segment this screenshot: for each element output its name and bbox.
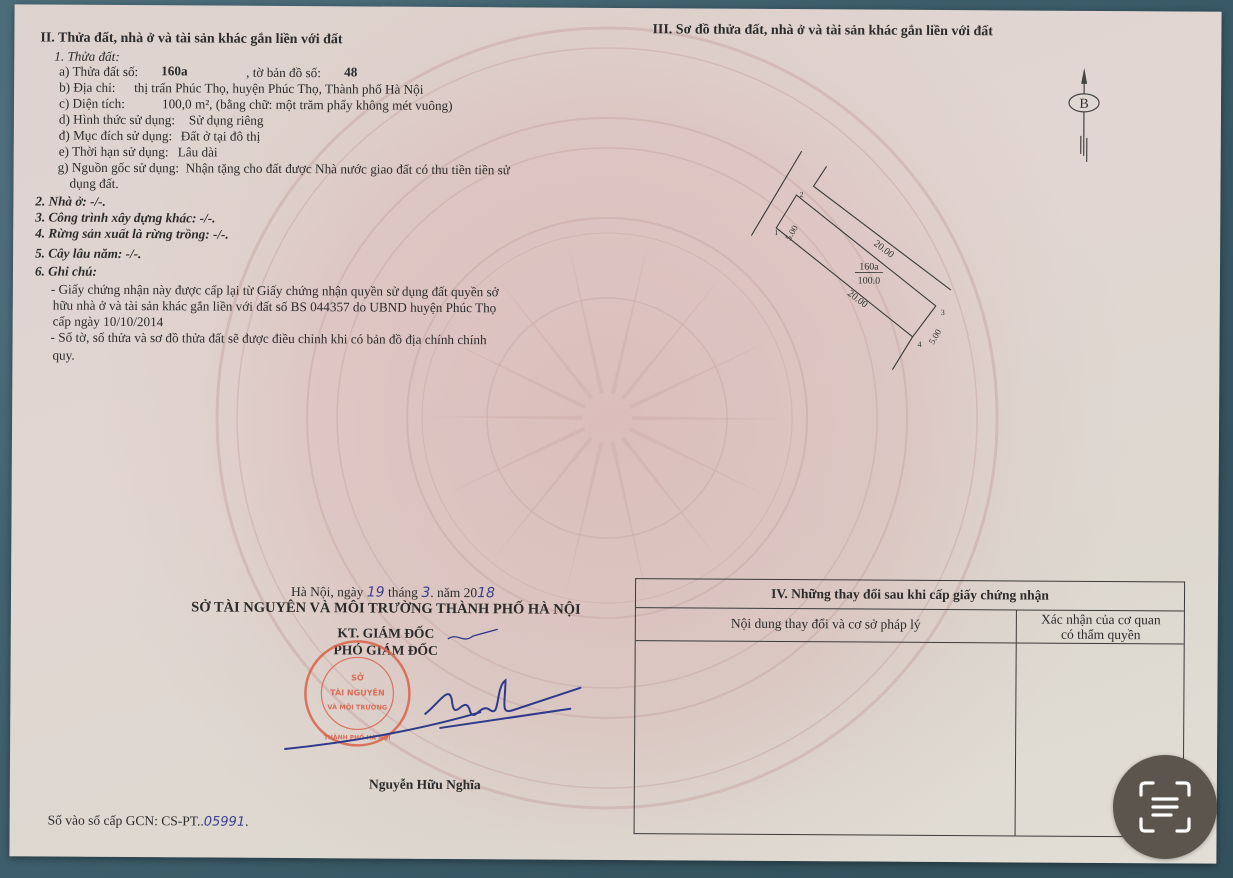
- svg-text:5.00: 5.00: [927, 327, 944, 346]
- scan-text-button[interactable]: [1113, 755, 1217, 859]
- initial-mark: [443, 624, 503, 649]
- origin-value-cont: dụng đất.: [69, 176, 118, 192]
- address-value: thị trấn Phúc Thọ, huyện Phúc Thọ, Thành…: [134, 80, 423, 98]
- forest-line: 4. Rừng sản xuất là rừng trồng: -/-.: [35, 225, 229, 242]
- date-prefix: Hà Nội, ngày: [291, 584, 363, 599]
- registry-suffix: .: [245, 814, 248, 829]
- year-suffix: 18: [477, 585, 495, 601]
- svg-text:160a: 160a: [859, 261, 879, 272]
- area-value: 100,0 m², (bằng chữ: một trăm phẩy không…: [162, 96, 453, 114]
- section-iv-title: IV. Những thay đổi sau khi cấp giấy chứn…: [636, 579, 1184, 611]
- svg-text:2: 2: [799, 190, 803, 199]
- parcel-value: 160a: [161, 63, 187, 79]
- svg-text:1: 1: [774, 228, 778, 237]
- map-sheet-label: , tờ bản đồ số:: [246, 65, 321, 81]
- month-prefix: tháng: [388, 585, 418, 600]
- section-ii-title: II. Thửa đất, nhà ở và tài sản khác gắn …: [40, 30, 342, 48]
- notes-heading: 6. Ghi chú:: [35, 263, 97, 279]
- note-line: cấp ngày 10/10/2014: [53, 314, 164, 331]
- north-arrow-icon: B: [1064, 66, 1105, 166]
- usage-form-label: d) Hình thức sử dụng:: [59, 112, 175, 129]
- col2-line1: Xác nhận của cơ quan: [1017, 611, 1185, 627]
- other-works-line: 3. Công trình xây dựng khác: -/-.: [35, 209, 215, 226]
- land-certificate-page: II. Thửa đất, nhà ở và tài sản khác gắn …: [9, 4, 1221, 863]
- scan-text-icon: [1135, 777, 1195, 837]
- svg-text:4: 4: [918, 340, 922, 349]
- date-day: 19: [367, 584, 385, 600]
- svg-text:B: B: [1079, 97, 1088, 112]
- section-iii-title: III. Sơ đồ thửa đất, nhà ở và tài sản kh…: [652, 22, 993, 40]
- perennial-line: 5. Cây lâu năm: -/-.: [35, 245, 141, 262]
- parcel-label: a) Thửa đất số:: [59, 64, 138, 80]
- registry-value: 05991: [204, 814, 245, 829]
- svg-text:20.00: 20.00: [845, 288, 870, 310]
- house-line: 2. Nhà ở: -/-.: [35, 193, 106, 209]
- address-label: b) Địa chỉ:: [59, 80, 116, 96]
- col2-line2: có thẩm quyền: [1017, 626, 1185, 642]
- term-value: Lâu dài: [178, 144, 218, 160]
- issuing-agency: SỞ TÀI NGUYÊN VÀ MÔI TRƯỜNG THÀNH PHỐ HÀ…: [181, 599, 591, 619]
- origin-value: Nhận tặng cho đất được Nhà nước giao đất…: [186, 160, 510, 178]
- signer-name: Nguyễn Hữu Nghĩa: [350, 776, 500, 793]
- purpose-label: đ) Mục đích sử dụng:: [59, 128, 172, 145]
- map-sheet-value: 48: [344, 64, 357, 80]
- column-header-confirmation: Xác nhận của cơ quan có thẩm quyền: [1017, 611, 1185, 642]
- note-line: quy.: [52, 348, 74, 364]
- area-label: c) Diện tích:: [59, 96, 125, 112]
- usage-form-value: Sử dụng riêng: [189, 112, 264, 128]
- term-label: e) Thời hạn sử dụng:: [59, 144, 169, 161]
- land-heading: 1. Thửa đất:: [54, 49, 120, 65]
- svg-text:3: 3: [941, 308, 945, 317]
- purpose-value: Đất ở tại đô thị: [181, 128, 261, 144]
- year-prefix: năm 20: [437, 585, 477, 600]
- issue-date: Hà Nội, ngày 19 tháng 3. năm 2018: [291, 584, 495, 601]
- signature: [280, 671, 601, 763]
- svg-text:100.0: 100.0: [858, 275, 881, 286]
- changes-table: IV. Những thay đổi sau khi cấp giấy chứn…: [634, 578, 1186, 837]
- svg-text:5.00: 5.00: [783, 223, 800, 242]
- column-header-content: Nội dung thay đổi và cơ sở pháp lý: [636, 615, 1016, 633]
- date-month: 3: [421, 585, 430, 601]
- registry-label: Số vào sổ cấp GCN: CS-PT..: [48, 813, 204, 829]
- parcel-diagram: 5.00 20.00 5.00 20.00 1 2 3 4 160a 100.0: [750, 131, 992, 382]
- note-line: - Số tờ, số thửa và sơ đồ thửa đất sẽ đư…: [51, 330, 487, 349]
- origin-label: g) Nguồn gốc sử dụng:: [58, 160, 180, 177]
- registry-number: Số vào sổ cấp GCN: CS-PT..05991.: [48, 813, 249, 831]
